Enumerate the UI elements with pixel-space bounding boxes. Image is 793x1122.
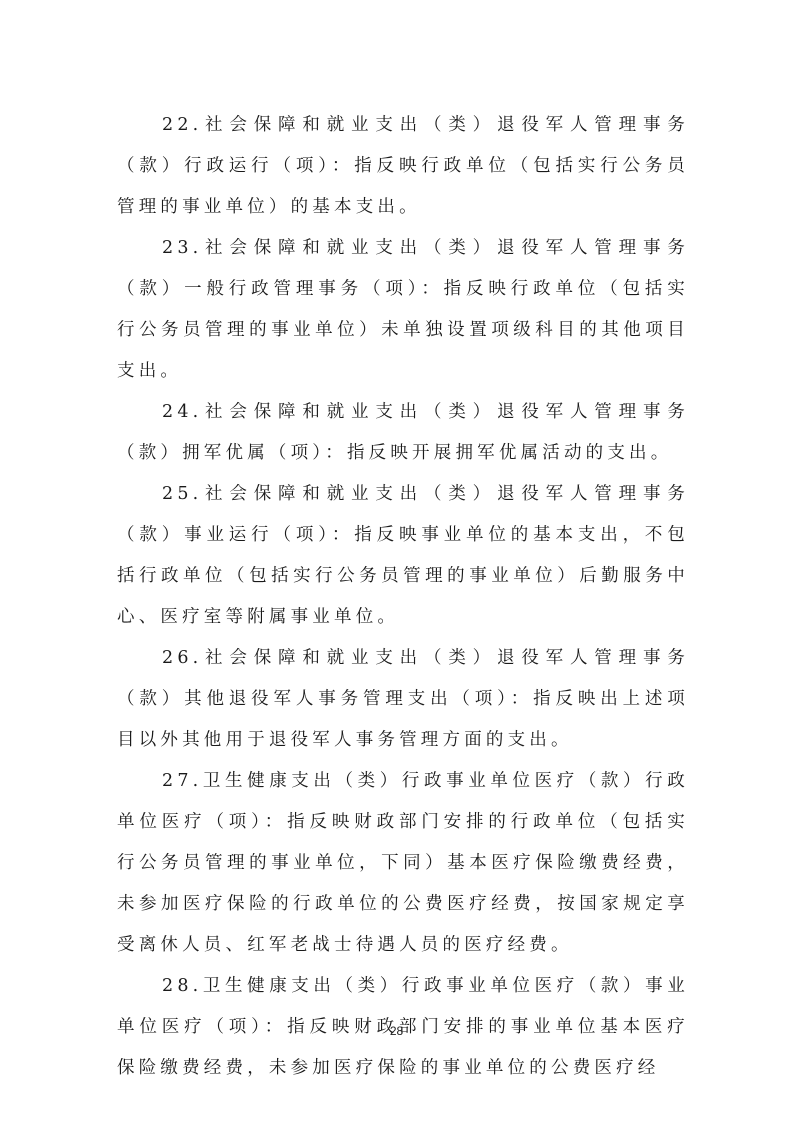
paragraph-item-22: 22.社会保障和就业支出（类）退役军人管理事务（款）行政运行（项）：指反映行政单… bbox=[117, 105, 689, 228]
document-body: 22.社会保障和就业支出（类）退役军人管理事务（款）行政运行（项）：指反映行政单… bbox=[117, 105, 689, 1089]
paragraph-item-25: 25.社会保障和就业支出（类）退役军人管理事务（款）事业运行（项）：指反映事业单… bbox=[117, 474, 689, 638]
paragraph-item-24: 24.社会保障和就业支出（类）退役军人管理事务（款）拥军优属（项）：指反映开展拥… bbox=[117, 392, 689, 474]
page-number: 28 bbox=[0, 1024, 793, 1038]
paragraph-item-23: 23.社会保障和就业支出（类）退役军人管理事务（款）一般行政管理事务（项）：指反… bbox=[117, 228, 689, 392]
paragraph-item-27: 27.卫生健康支出（类）行政事业单位医疗（款）行政单位医疗（项）：指反映财政部门… bbox=[117, 761, 689, 966]
paragraph-item-26: 26.社会保障和就业支出（类）退役军人管理事务（款）其他退役军人事务管理支出（项… bbox=[117, 638, 689, 761]
